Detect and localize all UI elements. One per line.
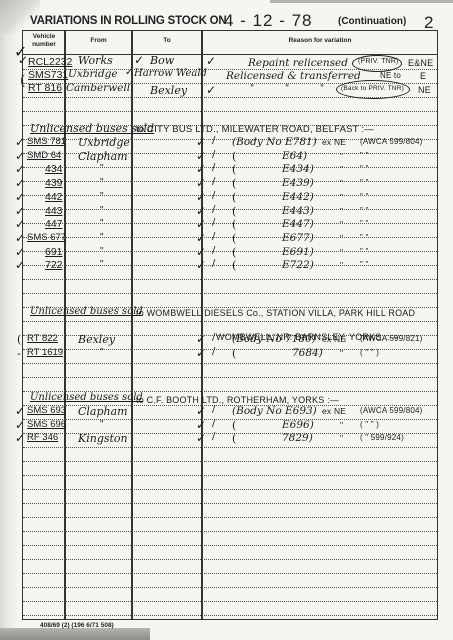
vehicle-number: SMS 693 bbox=[27, 405, 66, 416]
header-vehicle-number: Vehicle number bbox=[24, 33, 64, 49]
area-code: E&NE bbox=[408, 58, 433, 68]
vehicle-number: RT 1619 bbox=[27, 347, 63, 358]
from-location: Clapham bbox=[78, 150, 128, 163]
ruled-line bbox=[23, 587, 437, 588]
from-location: Camberwell bbox=[66, 82, 130, 94]
slash-mark: / bbox=[212, 245, 215, 256]
check-mark: ✓ bbox=[15, 204, 25, 218]
authority-reference: ( " " ) bbox=[360, 420, 379, 429]
check-mark: ✓ bbox=[196, 418, 206, 432]
vehicle-number: RT 822 bbox=[27, 333, 58, 344]
ruled-line bbox=[23, 573, 437, 574]
from-location: Kingston bbox=[78, 432, 128, 445]
check-mark: ✓ bbox=[206, 83, 216, 97]
body-number: (Body No 7180) bbox=[232, 333, 316, 345]
check-mark: ✓ bbox=[15, 231, 25, 245]
check-mark: ✓ bbox=[15, 190, 25, 204]
body-number: E722) bbox=[282, 259, 314, 271]
from-location: " bbox=[100, 419, 104, 430]
authority-reference: ( " 599/924) bbox=[360, 433, 404, 442]
ex-code: ex NE bbox=[322, 137, 346, 147]
note-text: (Back to PRIV. TNR) bbox=[341, 85, 404, 92]
bracket-mark: ( bbox=[232, 177, 236, 190]
authority-reference: " " bbox=[360, 178, 369, 187]
note-text: (PRIV. TNR) bbox=[358, 58, 399, 65]
reason-text: Repaint relicensed bbox=[248, 57, 348, 69]
body-number: E64) bbox=[282, 150, 307, 162]
slash-mark: / bbox=[212, 176, 215, 187]
check-mark: ✓ bbox=[15, 217, 25, 231]
to-location: Bexley bbox=[150, 84, 187, 97]
vehicle-number: SMS 696 bbox=[27, 419, 66, 430]
area-code: NE bbox=[418, 85, 431, 95]
from-location: Uxbridge bbox=[78, 136, 130, 149]
area-code: E bbox=[420, 71, 426, 81]
vehicle-number: RCL2232 bbox=[28, 56, 72, 68]
bracket-mark: ( bbox=[232, 419, 236, 432]
ruled-line bbox=[23, 209, 437, 210]
authority-reference: " " bbox=[360, 206, 369, 215]
from-location: " bbox=[100, 163, 104, 174]
vehicle-number: 722 bbox=[45, 259, 63, 271]
vehicle-number: 442 bbox=[45, 191, 63, 203]
bracket-mark: ( bbox=[20, 73, 25, 89]
from-location: " bbox=[100, 177, 104, 188]
slash-mark: / bbox=[212, 332, 215, 343]
ruled-line bbox=[23, 475, 437, 476]
from-location: " bbox=[100, 218, 104, 229]
section-heading-print: to CITY BUS LTD., MILEWATER ROAD, BELFAS… bbox=[136, 124, 374, 135]
body-number: E677) bbox=[282, 232, 314, 244]
from-location: " bbox=[100, 347, 104, 358]
check-mark: ✓ bbox=[15, 404, 25, 418]
vehicle-number: SMD 64 bbox=[27, 150, 61, 161]
vehicle-number: RF 346 bbox=[27, 432, 58, 443]
ruled-line bbox=[23, 615, 437, 616]
ruled-line bbox=[23, 181, 437, 182]
vehicle-number: 691 bbox=[45, 246, 63, 258]
bracket-mark: ( bbox=[232, 432, 236, 445]
ex-code: ex NE bbox=[322, 406, 346, 416]
document-page: VARIATIONS IN ROLLING STOCK ON 4 - 12 - … bbox=[0, 0, 453, 640]
ruled-line bbox=[23, 377, 437, 378]
from-location: " bbox=[100, 232, 104, 243]
slash-mark: / bbox=[212, 204, 215, 215]
body-number: 7684) bbox=[292, 347, 323, 359]
vehicle-number: 443 bbox=[45, 205, 63, 217]
authority-reference: " " bbox=[360, 151, 369, 160]
ex-code: " bbox=[340, 219, 343, 229]
bracket-mark: ( bbox=[232, 150, 236, 163]
check-mark: ✓ bbox=[15, 135, 25, 149]
ex-code: " bbox=[340, 233, 343, 243]
from-location: Clapham bbox=[78, 405, 128, 418]
authority-reference: ( " " ) bbox=[360, 348, 379, 357]
bracket-mark: ( bbox=[232, 218, 236, 231]
bracket-mark: ( bbox=[232, 347, 236, 360]
ruled-line bbox=[23, 265, 437, 266]
authority-reference: (AWCA 599/804) bbox=[360, 406, 423, 415]
ex-code: ex NE bbox=[322, 334, 346, 344]
body-number: E443) bbox=[282, 205, 314, 217]
slash-mark: / bbox=[212, 162, 215, 173]
continuation-label: (Continuation) bbox=[338, 16, 406, 27]
ruled-line bbox=[23, 363, 437, 364]
authority-reference: " " bbox=[360, 247, 369, 256]
form-title: VARIATIONS IN ROLLING STOCK ON bbox=[30, 15, 227, 27]
slash-mark: / bbox=[212, 418, 215, 429]
check-mark: ✓ bbox=[196, 162, 206, 176]
bracket-mark: - bbox=[17, 347, 21, 360]
check-mark: ✓ bbox=[196, 431, 206, 445]
bracket-mark: ( bbox=[232, 205, 236, 218]
from-location: Uxbridge bbox=[68, 68, 118, 80]
header-reason: Reason for variation bbox=[203, 37, 437, 45]
body-number: E447) bbox=[282, 218, 314, 230]
ex-code: " bbox=[340, 151, 343, 161]
ruled-line bbox=[23, 447, 437, 448]
note-text: NE to bbox=[380, 71, 401, 80]
slash-mark: / bbox=[212, 217, 215, 228]
check-mark: ✓ bbox=[196, 231, 206, 245]
from-location: " bbox=[100, 191, 104, 202]
check-mark: ✓ bbox=[196, 204, 206, 218]
check-mark: ✓ bbox=[196, 346, 206, 360]
ruled-line bbox=[23, 461, 437, 462]
form-code: 408/69 (2) (196 6/71 508) bbox=[40, 622, 114, 629]
slash-mark: / bbox=[212, 135, 215, 146]
from-location: Works bbox=[78, 54, 113, 67]
body-number: E439) bbox=[282, 177, 314, 189]
vehicle-number: 447 bbox=[45, 218, 63, 230]
scan-edge bbox=[270, 0, 453, 3]
vehicle-number: 434 bbox=[45, 163, 63, 175]
to-location: Harrow Weald bbox=[134, 68, 207, 79]
check-mark: ✓ bbox=[15, 258, 25, 272]
ruled-line bbox=[23, 279, 437, 280]
body-number: E442) bbox=[282, 191, 314, 203]
scan-edge-bottom bbox=[0, 628, 150, 640]
check-mark: ✓ bbox=[15, 149, 25, 163]
check-mark: ✓ bbox=[196, 176, 206, 190]
body-number: E434) bbox=[282, 163, 314, 175]
ruled-line bbox=[23, 251, 437, 252]
authority-reference: " " bbox=[360, 219, 369, 228]
ruled-line bbox=[23, 167, 437, 168]
bracket-mark: ( bbox=[232, 246, 236, 259]
bracket-mark: ( bbox=[232, 232, 236, 245]
check-mark: ✓ bbox=[15, 418, 25, 432]
body-number: E696) bbox=[282, 419, 314, 431]
section-heading-print: to C.F. BOOTH LTD., ROTHERHAM, YORKS :— bbox=[136, 395, 339, 405]
check-mark: ✓ bbox=[196, 404, 206, 418]
authority-reference: " " bbox=[360, 260, 369, 269]
bracket-mark: ( bbox=[232, 259, 236, 272]
ex-code: " bbox=[340, 178, 343, 188]
check-mark: ✓ bbox=[196, 245, 206, 259]
vehicle-number: SMS 781 bbox=[27, 136, 66, 147]
from-location: " bbox=[100, 259, 104, 270]
check-mark: ✓ bbox=[15, 176, 25, 190]
ruled-line bbox=[23, 321, 437, 322]
reason-text: Relicensed & transferred bbox=[226, 70, 361, 82]
ruled-line bbox=[23, 237, 437, 238]
vehicle-number: SMS731 bbox=[28, 69, 68, 81]
slash-mark: / bbox=[212, 431, 215, 442]
section-heading: Unlicensed buses sold bbox=[30, 392, 143, 403]
ruled-line bbox=[23, 489, 437, 490]
ruled-line bbox=[23, 503, 437, 504]
slash-mark: / bbox=[212, 258, 215, 269]
ditto-marks: " " " bbox=[250, 84, 338, 94]
body-number: (Body No E693) bbox=[232, 405, 317, 417]
body-number: (Body No E781) bbox=[232, 136, 317, 148]
authority-reference: " " bbox=[360, 192, 369, 201]
authority-reference: (AWCA 599/821) bbox=[360, 334, 423, 343]
body-number: E691) bbox=[282, 246, 314, 258]
section-heading-print: to WOMBWELL DIESELS Co., STATION VILLA, … bbox=[136, 308, 415, 318]
check-mark: ✓ bbox=[18, 53, 28, 67]
from-location: " bbox=[100, 246, 104, 257]
ruled-line bbox=[23, 545, 437, 546]
slash-mark: / bbox=[212, 346, 215, 357]
header-to: To bbox=[133, 37, 201, 45]
ruled-line bbox=[23, 559, 437, 560]
vehicle-number: RT 816 bbox=[28, 82, 62, 94]
authority-reference: (AWCA 599/804) bbox=[360, 137, 423, 146]
ex-code: " bbox=[340, 206, 343, 216]
ex-code: " bbox=[340, 164, 343, 174]
check-mark: ✓ bbox=[196, 258, 206, 272]
check-mark: ✓ bbox=[196, 190, 206, 204]
body-number: 7829) bbox=[282, 432, 313, 444]
check-mark: ✓ bbox=[15, 245, 25, 259]
check-mark: ✓ bbox=[196, 332, 206, 346]
check-mark: ✓ bbox=[206, 54, 216, 68]
ruled-line bbox=[23, 517, 437, 518]
authority-reference: " " bbox=[360, 164, 369, 173]
ruled-line bbox=[23, 195, 437, 196]
form-date: 4 - 12 - 78 bbox=[224, 11, 313, 31]
section-heading: Unlicensed buses sold bbox=[30, 306, 143, 317]
check-mark: ✓ bbox=[15, 431, 25, 445]
ex-code: " bbox=[340, 433, 343, 443]
bracket-mark: ( bbox=[232, 191, 236, 204]
from-location: " bbox=[100, 205, 104, 216]
slash-mark: / bbox=[212, 231, 215, 242]
ruled-line bbox=[23, 601, 437, 602]
slash-mark: / bbox=[212, 149, 215, 160]
check-mark: ✓ bbox=[196, 135, 206, 149]
from-location: Bexley bbox=[78, 333, 115, 346]
check-mark: ✓ bbox=[196, 149, 206, 163]
ruled-line bbox=[23, 531, 437, 532]
header-from: From bbox=[66, 37, 131, 45]
slash-mark: / bbox=[212, 404, 215, 415]
vehicle-number: 439 bbox=[45, 177, 63, 189]
bracket-mark: ( bbox=[232, 163, 236, 176]
ruled-line bbox=[23, 293, 437, 294]
ruled-line bbox=[23, 223, 437, 224]
slash-mark: / bbox=[212, 190, 215, 201]
vehicle-number: SMS 677 bbox=[27, 232, 66, 243]
bracket-mark: ( bbox=[17, 333, 21, 346]
to-location: Bow bbox=[150, 54, 174, 67]
ex-code: " bbox=[340, 247, 343, 257]
check-mark: ✓ bbox=[134, 53, 144, 67]
check-mark: ✓ bbox=[15, 162, 25, 176]
ruled-line bbox=[23, 111, 437, 112]
ex-code: " bbox=[340, 348, 343, 358]
ex-code: " bbox=[340, 420, 343, 430]
check-mark: ✓ bbox=[196, 217, 206, 231]
check-mark: ✓ bbox=[125, 67, 133, 78]
ex-code: " bbox=[340, 260, 343, 270]
ex-code: " bbox=[340, 192, 343, 202]
authority-reference: " " bbox=[360, 233, 369, 242]
